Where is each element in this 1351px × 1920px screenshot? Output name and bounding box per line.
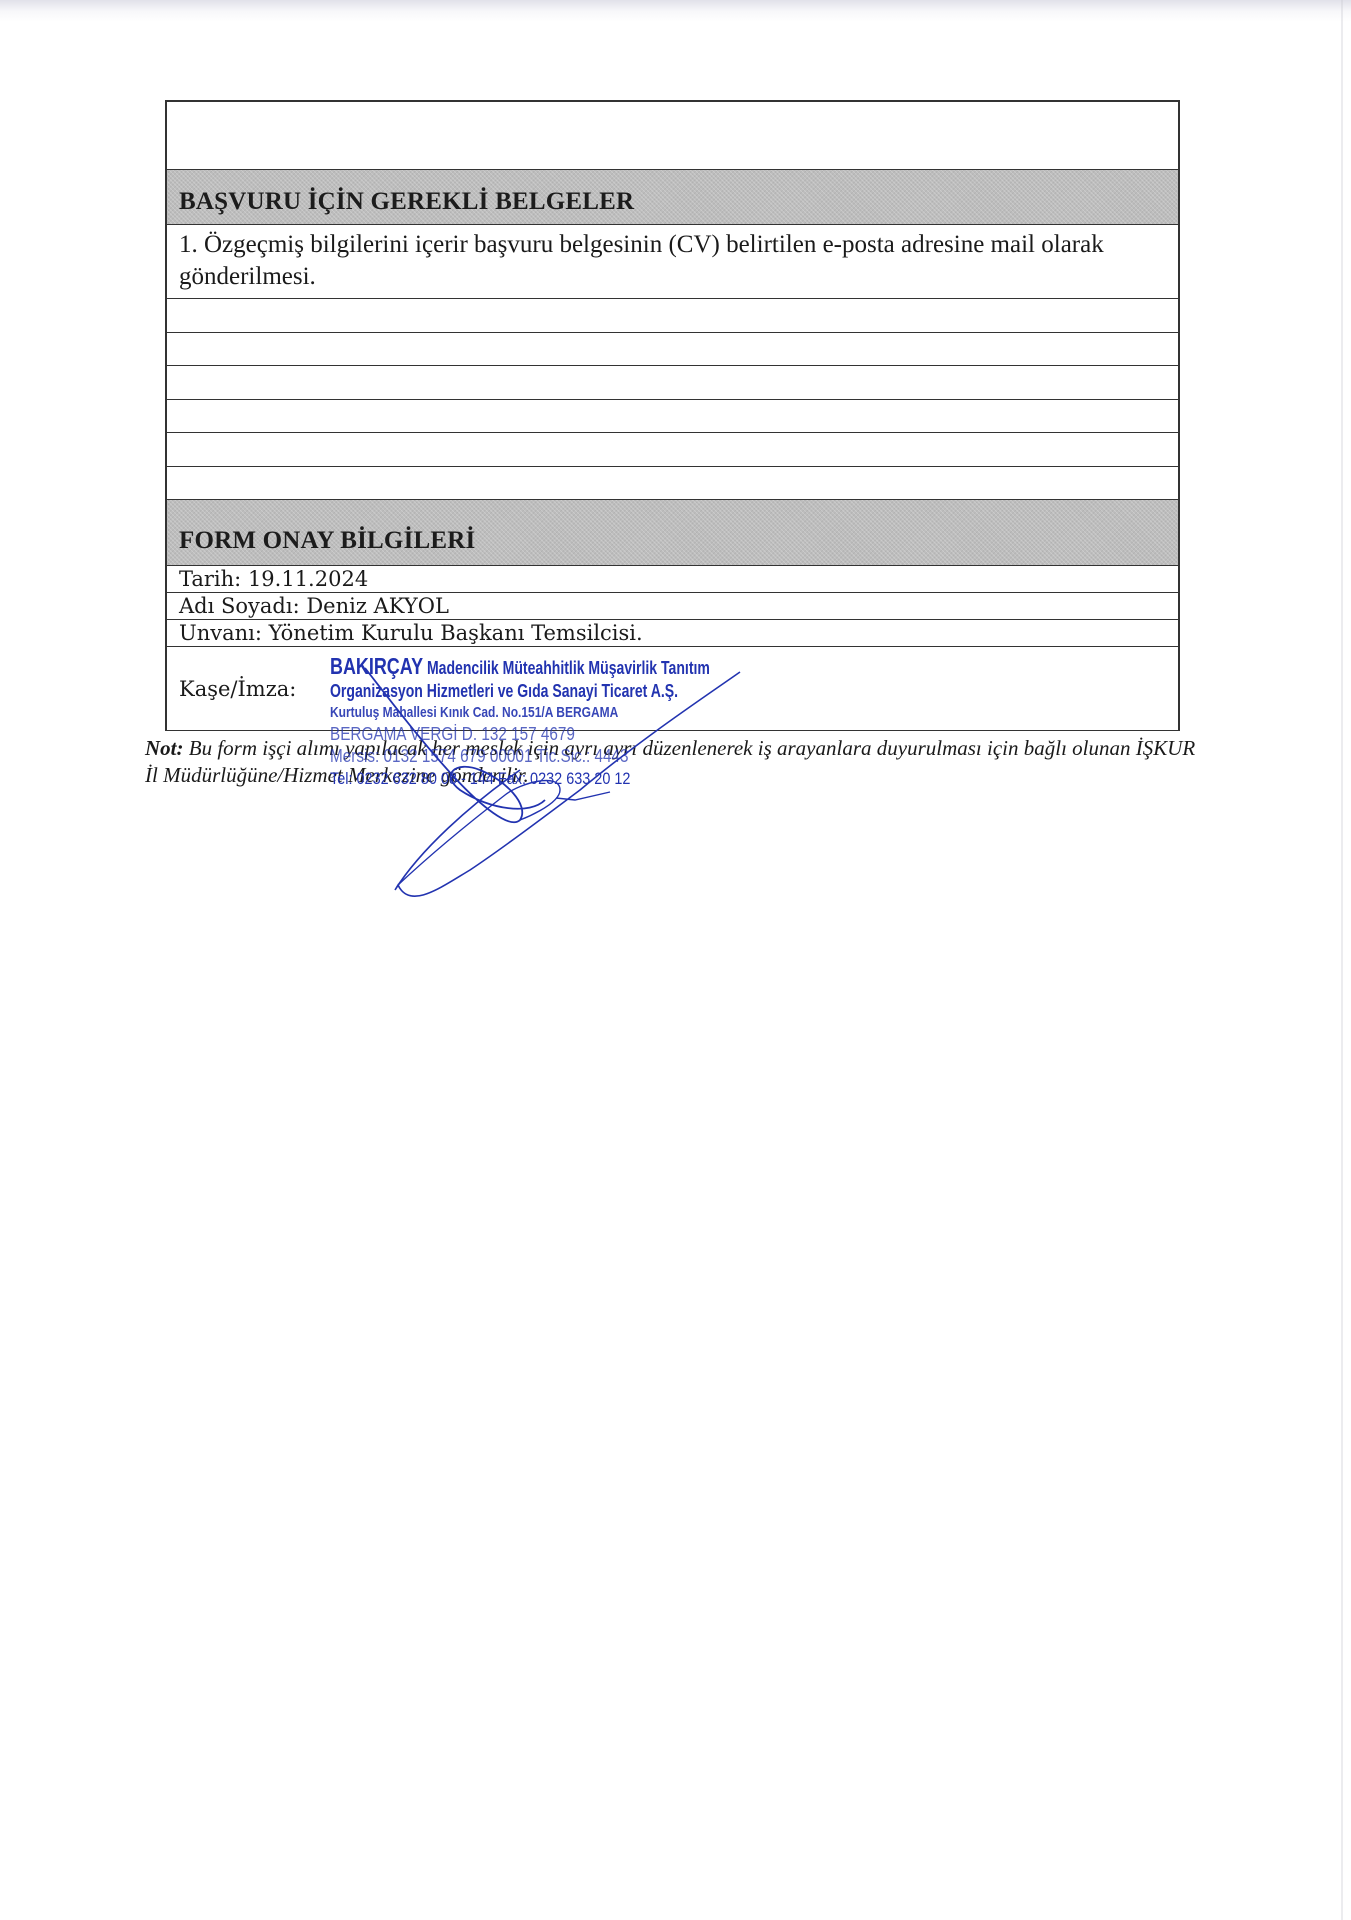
field-label: Unvanı:: [179, 621, 269, 645]
field-value: 19.11.2024: [248, 567, 368, 591]
section-title: BAŞVURU İÇİN GEREKLİ BELGELER: [179, 188, 634, 216]
stamp-line-4: BERGAMA VERGİ D. 132 157 4679: [330, 723, 704, 745]
field-label: Kaşe/İmza:: [179, 677, 296, 701]
stamp-line-5: Mersis: 0132 1574 679 00001 Tic.Sic.: 44…: [330, 745, 704, 767]
empty-top-row: [167, 102, 1178, 170]
note-label: Not:: [145, 736, 184, 760]
field-name: Adı Soyadı: Deniz AKYOL: [167, 593, 1178, 620]
scan-artifact-top: [0, 0, 1351, 22]
stamp-brand: BAKIRÇAY: [330, 653, 423, 679]
field-label: Tarih:: [179, 567, 248, 591]
company-stamp: BAKIRÇAY Madencilik Müteahhitlik Müşavir…: [330, 655, 770, 791]
field-date: Tarih: 19.11.2024: [167, 566, 1178, 593]
blank-row: [167, 366, 1178, 400]
section-header-form-approval: FORM ONAY BİLGİLERİ: [167, 500, 1178, 566]
required-document-item: 1. Özgeçmiş bilgilerini içerir başvuru b…: [167, 225, 1178, 299]
blank-row: [167, 333, 1178, 367]
stamp-line-2: Organizasyon Hizmetleri ve Gıda Sanayi T…: [330, 679, 673, 703]
section-header-required-documents: BAŞVURU İÇİN GEREKLİ BELGELER: [167, 170, 1178, 225]
field-value: Deniz AKYOL: [306, 594, 449, 618]
field-label: Adı Soyadı:: [179, 594, 306, 618]
blank-row: [167, 299, 1178, 333]
blank-row: [167, 467, 1178, 501]
field-title: Unvanı: Yönetim Kurulu Başkanı Temsilcis…: [167, 620, 1178, 647]
section-title: FORM ONAY BİLGİLERİ: [179, 527, 475, 555]
form-table: BAŞVURU İÇİN GEREKLİ BELGELER 1. Özgeçmi…: [165, 100, 1180, 731]
stamp-line-6: Tel: 0232 632 80 08 - 144 Fax: 0232 633 …: [330, 767, 704, 791]
stamp-line-3: Kurtuluş Mahallesi Kınık Cad. No.151/A B…: [330, 703, 682, 723]
blank-row: [167, 433, 1178, 467]
field-value: Yönetim Kurulu Başkanı Temsilcisi.: [269, 621, 643, 645]
scan-artifact-edge: [1341, 0, 1343, 1920]
stamp-line-1-text: Madencilik Müteahhitlik Müşavirlik Tanıt…: [423, 658, 710, 678]
stamp-line-1: BAKIRÇAY Madencilik Müteahhitlik Müşavir…: [330, 655, 673, 679]
blank-row: [167, 400, 1178, 434]
